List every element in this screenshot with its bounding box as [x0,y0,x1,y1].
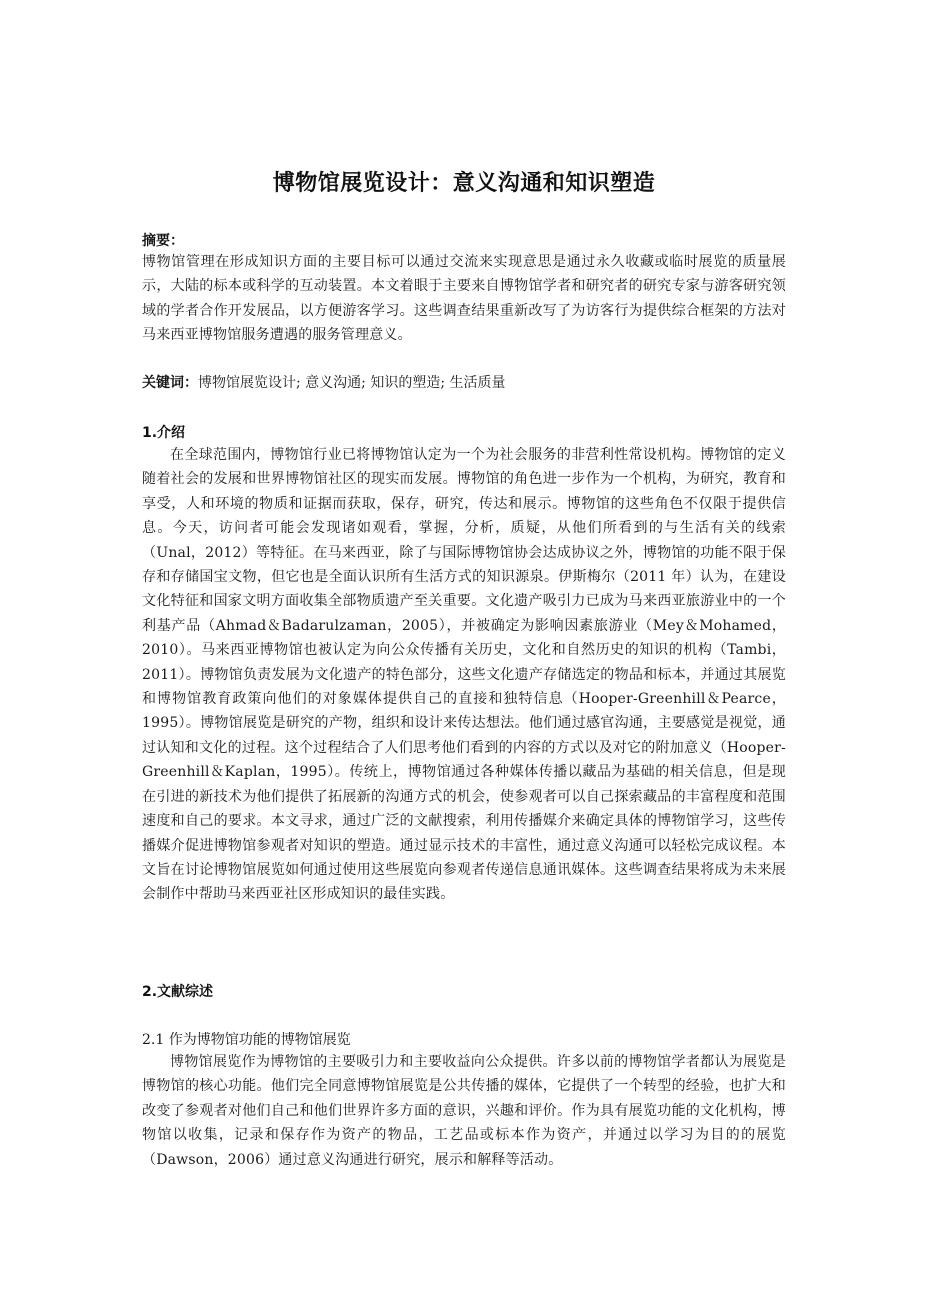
keywords-label: 关键词： [142,375,198,391]
introduction-text: 在全球范围内，博物馆行业已将博物馆认定为一个为社会服务的非营利性常设机构。博物馆… [142,443,786,907]
subsection-heading-2-1: 2.1 作为博物馆功能的博物馆展览 [142,1029,351,1049]
section-heading-introduction: 1.介绍 [142,422,185,442]
abstract-text: 博物馆管理在形成知识方面的主要目标可以通过交流来实现意思是通过永久收藏或临时展览… [142,250,786,348]
subsection-2-1-text: 博物馆展览作为博物馆的主要吸引力和主要收益向公众提供。许多以前的博物馆学者都认为… [142,1050,786,1172]
keywords-line: 关键词：博物馆展览设计; 意义沟通; 知识的塑造; 生活质量 [142,372,506,392]
keywords-text: 博物馆展览设计; 意义沟通; 知识的塑造; 生活质量 [198,375,506,391]
document-title: 博物馆展览设计：意义沟通和知识塑造 [142,166,786,197]
section-heading-literature-review: 2.文献综述 [142,981,213,1001]
abstract-label: 摘要： [142,230,184,250]
